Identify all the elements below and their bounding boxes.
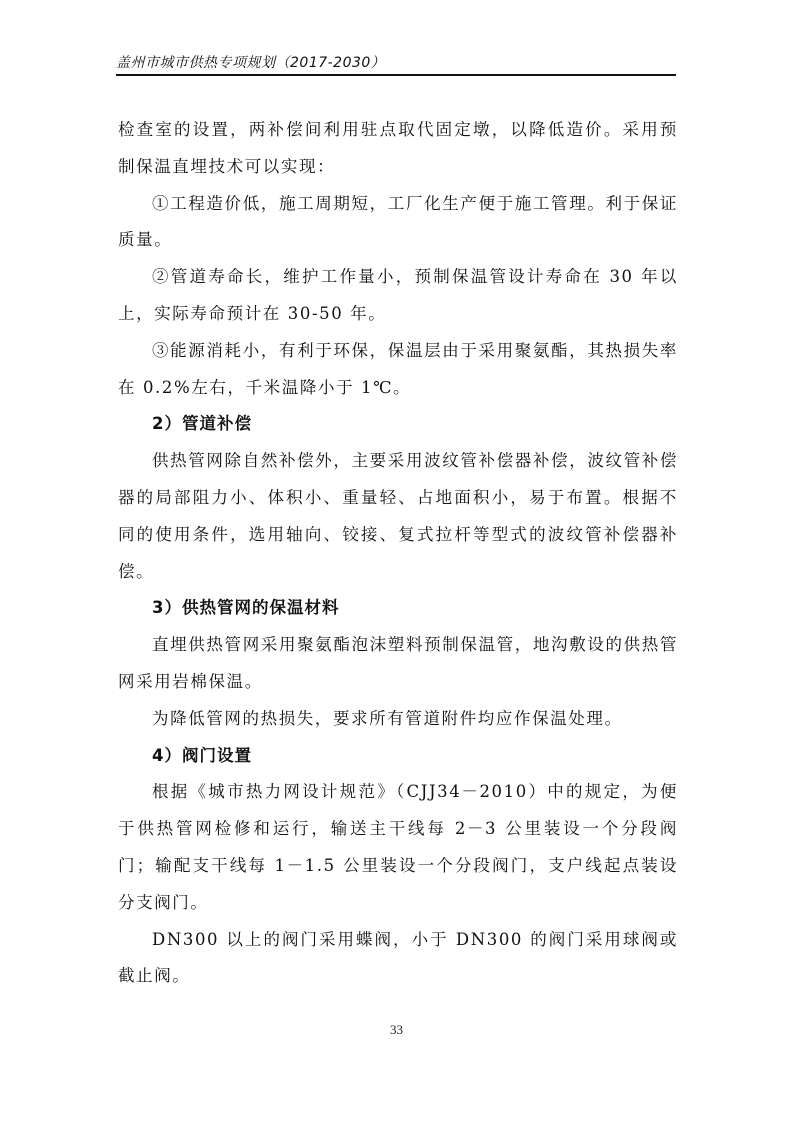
paragraph-intro: 检查室的设置，两补偿间利用驻点取代固定墩，以降低造价。采用预制保温直埋技术可以实… (118, 112, 678, 186)
paragraph-valve-types: DN300 以上的阀门采用蝶阀，小于 DN300 的阀门采用球阀或截止阀。 (118, 922, 678, 996)
header-divider (116, 74, 676, 76)
paragraph-valve-spec: 根据《城市热力网设计规范》（CJJ34－2010）中的规定，为便于供热管网检修和… (118, 774, 678, 921)
paragraph-insulation: 直埋供热管网采用聚氨酯泡沫塑料预制保温管，地沟敷设的供热管网采用岩棉保温。 (118, 627, 678, 701)
running-header: 盖州市城市供热专项规划（2017-2030） (116, 52, 385, 72)
page-body: 检查室的设置，两补偿间利用驻点取代固定墩，以降低造价。采用预制保温直埋技术可以实… (118, 112, 678, 995)
list-item-2: ②管道寿命长，维护工作量小，预制保温管设计寿命在 30 年以上，实际寿命预计在 … (118, 259, 678, 333)
list-item-3: ③能源消耗小，有利于环保，保温层由于采用聚氨酯，其热损失率在 0.2%左右，千米… (118, 333, 678, 407)
paragraph-compensation: 供热管网除自然补偿外，主要采用波纹管补偿器补偿，波纹管补偿器的局部阻力小、体积小… (118, 443, 678, 590)
section-heading-pipe-compensation: 2）管道补偿 (118, 406, 678, 443)
section-heading-valves: 4）阀门设置 (118, 738, 678, 775)
list-item-1: ①工程造价低，施工周期短，工厂化生产便于施工管理。利于保证质量。 (118, 186, 678, 260)
paragraph-heat-loss: 为降低管网的热损失，要求所有管道附件均应作保温处理。 (118, 701, 678, 738)
page-number: 33 (0, 1022, 793, 1038)
section-heading-insulation: 3）供热管网的保温材料 (118, 590, 678, 627)
